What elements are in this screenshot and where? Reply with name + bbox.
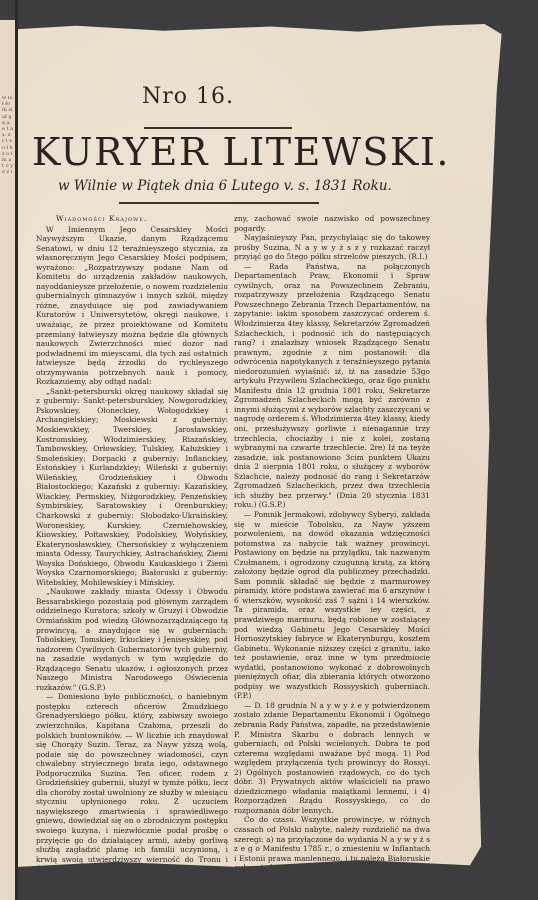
section-heading: Wiadomości Krajowe.	[36, 214, 228, 224]
dateline: w Wilnie w Piątek dnia 6 Lutego v. s. 18…	[58, 178, 418, 194]
adjacent-page-text-fragment: w ni ł ło di si af g ę a. e t a s. z r i…	[2, 95, 14, 655]
article-paragraph: Nayjaśnieyszy Pan, przychylaiąc się do t…	[234, 233, 430, 262]
article-paragraph: zny, zachować swoie nazwisko od powszech…	[234, 214, 430, 233]
article-paragraph: — D. 18 grudnia N a y w y ż e y potwierd…	[234, 701, 430, 816]
issue-number: Nro 16.	[18, 84, 358, 109]
article-paragraph: Co do czasu. Wszystkie prowincye, w różn…	[234, 815, 430, 872]
article-paragraph: „Naukowe zakłady miasta Odessy i Obwodu …	[36, 587, 228, 692]
article-paragraph: — Pomnik Jermakowi, zdobywcy Syberyi, za…	[234, 510, 430, 701]
right-column: zny, zachować swoie nazwisko od powszech…	[234, 214, 430, 873]
masthead-rule-top	[144, 127, 292, 129]
masthead-rule-bottom	[119, 202, 319, 204]
adjacent-page-edge: w ni ł ło di si af g ę a. e t a s. z r i…	[0, 20, 16, 900]
binding-spine	[15, 0, 18, 900]
newspaper-title: KURYER LITEWSKI.	[32, 130, 432, 174]
newspaper-page: Nro 16. KURYER LITEWSKI. w Wilnie w Piąt…	[18, 24, 504, 872]
left-column: Wiadomości Krajowe. W Imiennym Jego Cesa…	[36, 214, 228, 874]
article-paragraph: — Doniesiono było publiczności, o hanieb…	[36, 692, 228, 873]
article-paragraph: — Rada Państwa, na połączonych Departame…	[234, 262, 430, 510]
article-paragraph: „Sankt-petersburski okręg naukowy składa…	[36, 387, 228, 587]
article-paragraph: W Imiennym Jego Cesarskiey Mości Naywyżs…	[36, 225, 228, 387]
